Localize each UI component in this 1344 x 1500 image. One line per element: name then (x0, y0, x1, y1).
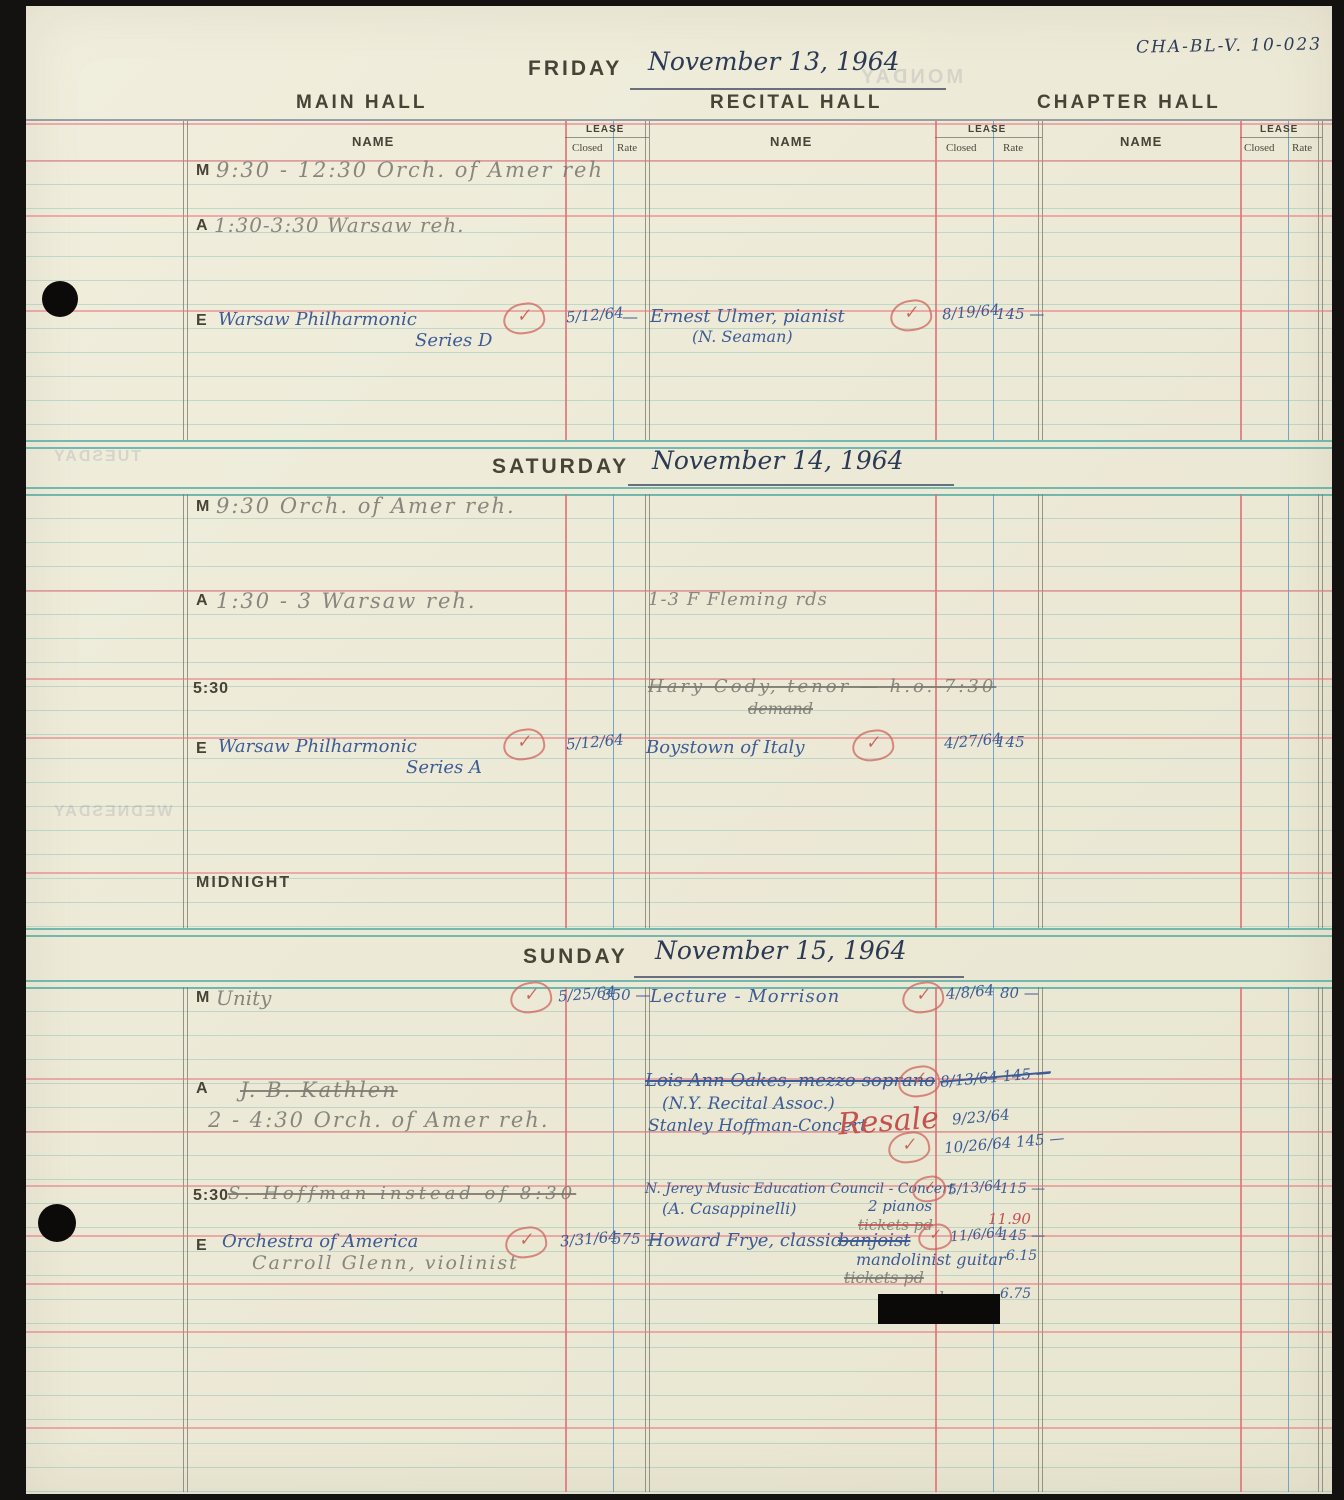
colhead-closed-main: Closed (572, 142, 603, 154)
bleedthrough-wednesday: WEDNESDAY (52, 803, 173, 821)
sunday-recital-evening-note: mandolinist guitar (856, 1250, 1006, 1269)
row-label-e: E (196, 312, 208, 330)
hall-title-recital: RECITAL HALL (710, 92, 883, 114)
day-date-friday: November 13, 1964 (648, 47, 900, 76)
sunday-recital-530-entry: N. Jerey Music Education Council - Conce… (645, 1181, 954, 1197)
colhead-rate-chapter: Rate (1292, 142, 1312, 154)
saturday-recital-530-cancelled: Hary Cody, tenor — h.o. 7:30 (648, 676, 996, 697)
section-divider (26, 440, 1332, 442)
saturday-recital-evening-entry: Boystown of Italy (646, 737, 804, 758)
date-underline (634, 976, 964, 978)
friday-recital-evening-entry: Ernest Ulmer, pianist (650, 306, 845, 327)
row-label-530: 5:30 (193, 1187, 229, 1205)
ledger-scan-page: MONDAY TUESDAY WEDNESDAY CHA-BL-V. 10-02… (0, 0, 1344, 1500)
sunday-recital-lease-rate: 145 — (1000, 1228, 1045, 1244)
sunday-recital-afternoon-note: (N.Y. Recital Assoc.) (662, 1094, 835, 1114)
section-divider (26, 487, 1332, 489)
saturday-main-morning-entry: 9:30 Orch. of Amer reh. (216, 494, 516, 518)
friday-main-evening-entry: Warsaw Philharmonic (218, 309, 417, 330)
sunday-recital-evening-amount1: 6.15 (1006, 1248, 1037, 1264)
saturday-recital-530-cancelled2: demand (748, 699, 813, 718)
saturday-main-evening-entry: Warsaw Philharmonic (218, 736, 417, 757)
sunday-recital-evening-tickets-note: tickets pd (844, 1268, 924, 1287)
friday-main-evening-series: Series D (415, 330, 492, 351)
saturday-main-evening-series: Series A (406, 757, 482, 778)
lease-box-line (1240, 137, 1322, 138)
sunday-recital-530-pianos-note: 2 pianos (868, 1197, 932, 1215)
hall-title-main: MAIN HALL (296, 92, 427, 114)
row-label-e: E (196, 1237, 208, 1255)
row-label-midnight: MIDNIGHT (196, 874, 291, 892)
row-label-a: A (196, 217, 209, 235)
row-label-530: 5:30 (193, 680, 229, 698)
colhead-name-recital: NAME (770, 134, 812, 149)
saturday-main-afternoon-entry: 1:30 - 3 Warsaw reh. (216, 589, 477, 613)
colhead-lease-main: LEASE (586, 124, 624, 135)
redaction-block (878, 1294, 1000, 1324)
friday-main-lease-rate: — (622, 307, 638, 326)
saturday-recital-afternoon-entry: 1-3 F Fleming rds (648, 589, 828, 610)
lease-box-line (565, 137, 649, 138)
date-underline (630, 88, 946, 90)
table-top-line (26, 119, 1332, 121)
section-divider (26, 928, 1332, 930)
sunday-recital-evening-entry: Howard Frye, classic (648, 1230, 841, 1251)
colhead-name-chapter: NAME (1120, 134, 1162, 149)
friday-recital-lease-rate: 145 — (996, 305, 1044, 323)
sunday-recital-evening-amount2: 6.75 (1000, 1286, 1031, 1302)
colhead-lease-recital: LEASE (968, 124, 1006, 135)
day-title-saturday: SATURDAY (492, 455, 629, 479)
row-label-a: A (196, 592, 209, 610)
hall-title-chapter: CHAPTER HALL (1037, 92, 1221, 114)
rule-red (26, 1331, 1332, 1333)
rule-red (26, 1427, 1332, 1429)
day-title-sunday: SUNDAY (523, 945, 628, 969)
row-label-m: M (196, 498, 210, 516)
colhead-closed-chapter: Closed (1244, 142, 1275, 154)
sunday-main-m-lease-rate: 350 — (602, 986, 650, 1004)
sunday-recital-m-lease-rate: 80 — (1000, 984, 1039, 1002)
colhead-closed-recital: Closed (946, 142, 977, 154)
row-label-e: E (196, 740, 208, 758)
colhead-lease-chapter: LEASE (1260, 124, 1298, 135)
sunday-main-530-cancelled: S. Hoffman instead of 8:30 (228, 1183, 576, 1204)
sunday-main-evening-note: Carroll Glenn, violinist (252, 1252, 519, 1274)
lease-box-line (935, 137, 1042, 138)
friday-main-afternoon-entry: 1:30-3:30 Warsaw reh. (214, 213, 465, 237)
sunday-recital-morning-entry: Lecture - Morrison (650, 986, 840, 1007)
sunday-recital-530-note: (A. Casappinelli) (662, 1199, 796, 1218)
sunday-main-afternoon-entry: 2 - 4:30 Orch. of Amer reh. (208, 1108, 550, 1132)
sunday-main-morning-entry: Unity (216, 986, 271, 1010)
section-divider (26, 980, 1332, 982)
friday-main-morning-entry: 9:30 - 12:30 Orch. of Amer reh (216, 158, 604, 182)
colhead-rate-main: Rate (617, 142, 637, 154)
sunday-recital-530-lease-rate: 115 — (1000, 1181, 1045, 1197)
sunday-main-evening-entry: Orchestra of America (222, 1231, 418, 1252)
bleedthrough-tuesday: TUESDAY (52, 448, 141, 466)
date-underline (628, 484, 954, 486)
punch-hole (38, 1204, 76, 1242)
row-label-m: M (196, 162, 210, 180)
sunday-recital-afternoon-entry2: Stanley Hoffman-Concert (648, 1116, 867, 1136)
archive-code: CHA-BL-V. 10-023 (1136, 34, 1322, 57)
punch-hole (42, 281, 78, 317)
saturday-recital-lease-rate: 145 (996, 733, 1025, 751)
friday-recital-evening-note: (N. Seaman) (692, 327, 793, 346)
day-date-saturday: November 14, 1964 (652, 446, 904, 475)
day-title-friday: FRIDAY (528, 57, 622, 81)
colhead-name-main: NAME (352, 134, 394, 149)
sunday-recital-evening-cancelled: banjoist (838, 1230, 911, 1251)
row-label-m: M (196, 989, 210, 1007)
rule-red (26, 1283, 1332, 1285)
sunday-main-afternoon-cancelled: J. B. Kathlen (240, 1078, 398, 1102)
colhead-rate-recital: Rate (1003, 142, 1023, 154)
row-label-a: A (196, 1080, 209, 1098)
sunday-recital-afternoon-cancelled: Lois Ann Oakes, mezzo-soprano (645, 1070, 935, 1091)
day-date-sunday: November 15, 1964 (655, 936, 907, 965)
rule-red (26, 123, 1332, 125)
